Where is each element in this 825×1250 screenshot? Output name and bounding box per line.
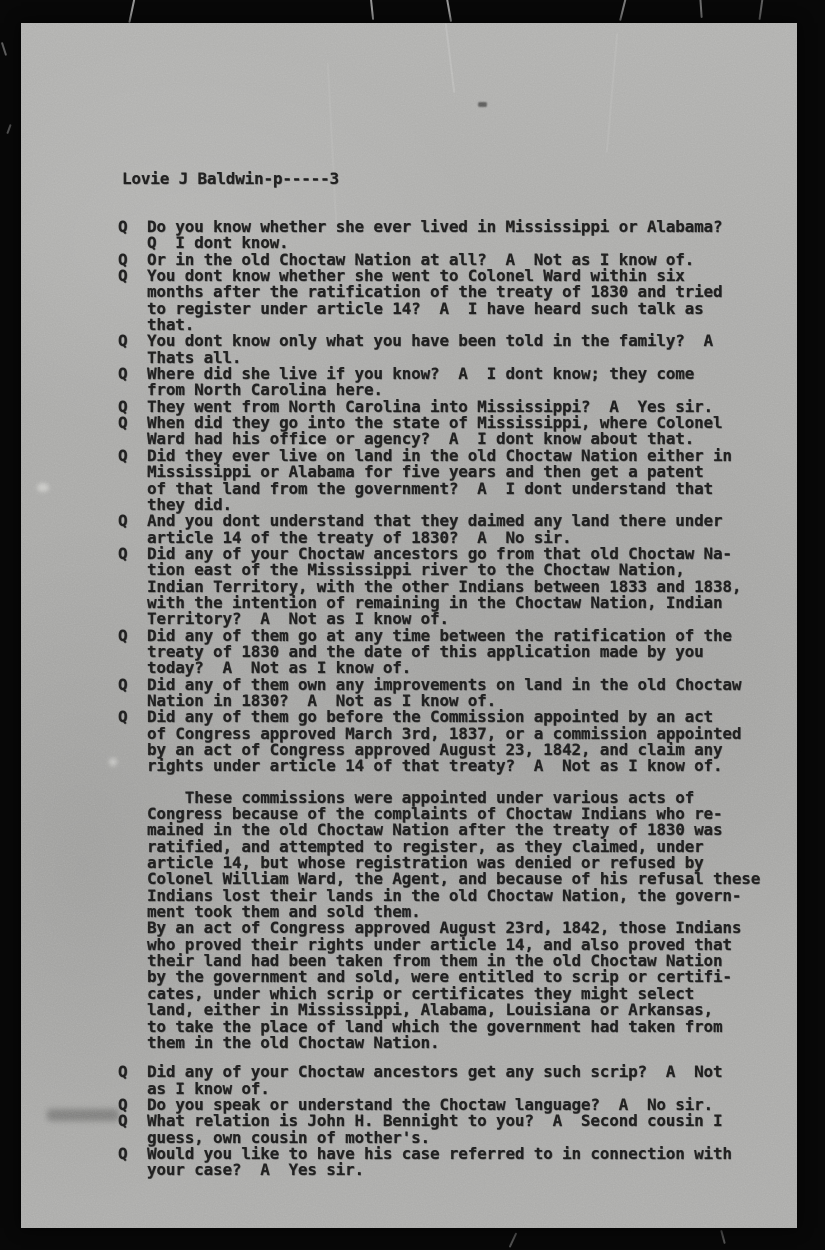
document-page: Lovie J Baldwin-p-----3 Q Do you know wh… [21,23,797,1228]
qa-text: Would you like to have his case referred… [147,1146,732,1179]
qa-item: Q Where did she live if you know? A I do… [118,366,778,399]
qa-item: Q And you dont understand that they daim… [118,513,778,546]
film-scratch [446,0,452,22]
ink-speck [478,102,487,107]
qa-item: Q Did they ever live on land in the old … [118,448,778,513]
qa-text: Do you know whether she ever lived in Mi… [147,219,722,252]
commentary-paragraph: These commissions were appointed under v… [147,790,778,921]
qa-text: When did they go into the state of Missi… [147,415,722,448]
qa-text: You dont know only what you have been to… [147,333,713,366]
qa-item: Q What relation is John H. Bennight to y… [118,1113,778,1146]
film-scratch [1,42,7,56]
qa-item: Q Did any of them go before the Commissi… [118,709,778,774]
qa-item: Q Did any of your Choctaw ancestors go f… [118,546,778,628]
qa-text: Where did she live if you know? A I dont… [147,366,694,399]
qa-text: You dont know whether she went to Colone… [147,268,722,333]
qa-item: Q Would you like to have his case referr… [118,1146,778,1179]
question-marker: Q [118,1146,147,1179]
ink-smudge [47,1109,119,1121]
qa-item: Q You dont know only what you have been … [118,333,778,366]
question-marker: Q [118,448,147,513]
qa-item: Q Did any of them go at any time between… [118,628,778,677]
question-marker: Q [118,415,147,448]
microfilm-scan: Lovie J Baldwin-p-----3 Q Do you know wh… [0,0,825,1250]
question-marker: Q [118,219,147,252]
qa-text: What relation is John H. Bennight to you… [147,1113,722,1146]
question-marker: Q [118,677,147,710]
question-marker: Q [118,333,147,366]
question-marker: Q [118,709,147,774]
film-scratch [720,1230,725,1244]
paper-blot [37,483,49,492]
testimony-body: Q Do you know whether she ever lived in … [118,219,778,1179]
question-marker: Q [118,268,147,333]
page-header: Lovie J Baldwin-p-----3 [122,171,339,187]
qa-text: Did any of your Choctaw ancestors go fro… [147,546,741,628]
question-marker: Q [118,513,147,546]
film-scratch [758,0,763,20]
qa-text: And you dont understand that they daimed… [147,513,722,546]
question-marker: Q [118,628,147,677]
qa-text: Did any of them go at any time between t… [147,628,732,677]
paper-scratch [327,63,337,223]
qa-text: Did any of them own any improvements on … [147,677,741,710]
qa-item: Q Did any of your Choctaw ancestors get … [118,1064,778,1097]
film-scratch [509,1232,517,1247]
commentary-paragraph: By an act of Congress approved August 23… [147,920,778,1051]
qa-item: Q Did any of them own any improvements o… [118,677,778,710]
qa-text: Did they ever live on land in the old Ch… [147,448,732,513]
qa-text: Did any of your Choctaw ancestors get an… [147,1064,722,1097]
question-marker: Q [118,1064,147,1097]
qa-item: Q Do you know whether she ever lived in … [118,219,778,252]
paper-blot [109,758,117,766]
film-scratch [619,0,626,21]
film-scratch [128,0,135,23]
paper-scratch [445,23,455,93]
film-scratch [6,124,11,134]
qa-text: Did any of them go before the Commission… [147,709,741,774]
paper-scratch [606,33,618,153]
question-marker: Q [118,366,147,399]
film-scratch [370,0,374,20]
film-scratch [699,0,702,18]
question-marker: Q [118,546,147,628]
qa-item: Q You dont know whether she went to Colo… [118,268,778,333]
question-marker: Q [118,1113,147,1146]
qa-item: Q When did they go into the state of Mis… [118,415,778,448]
